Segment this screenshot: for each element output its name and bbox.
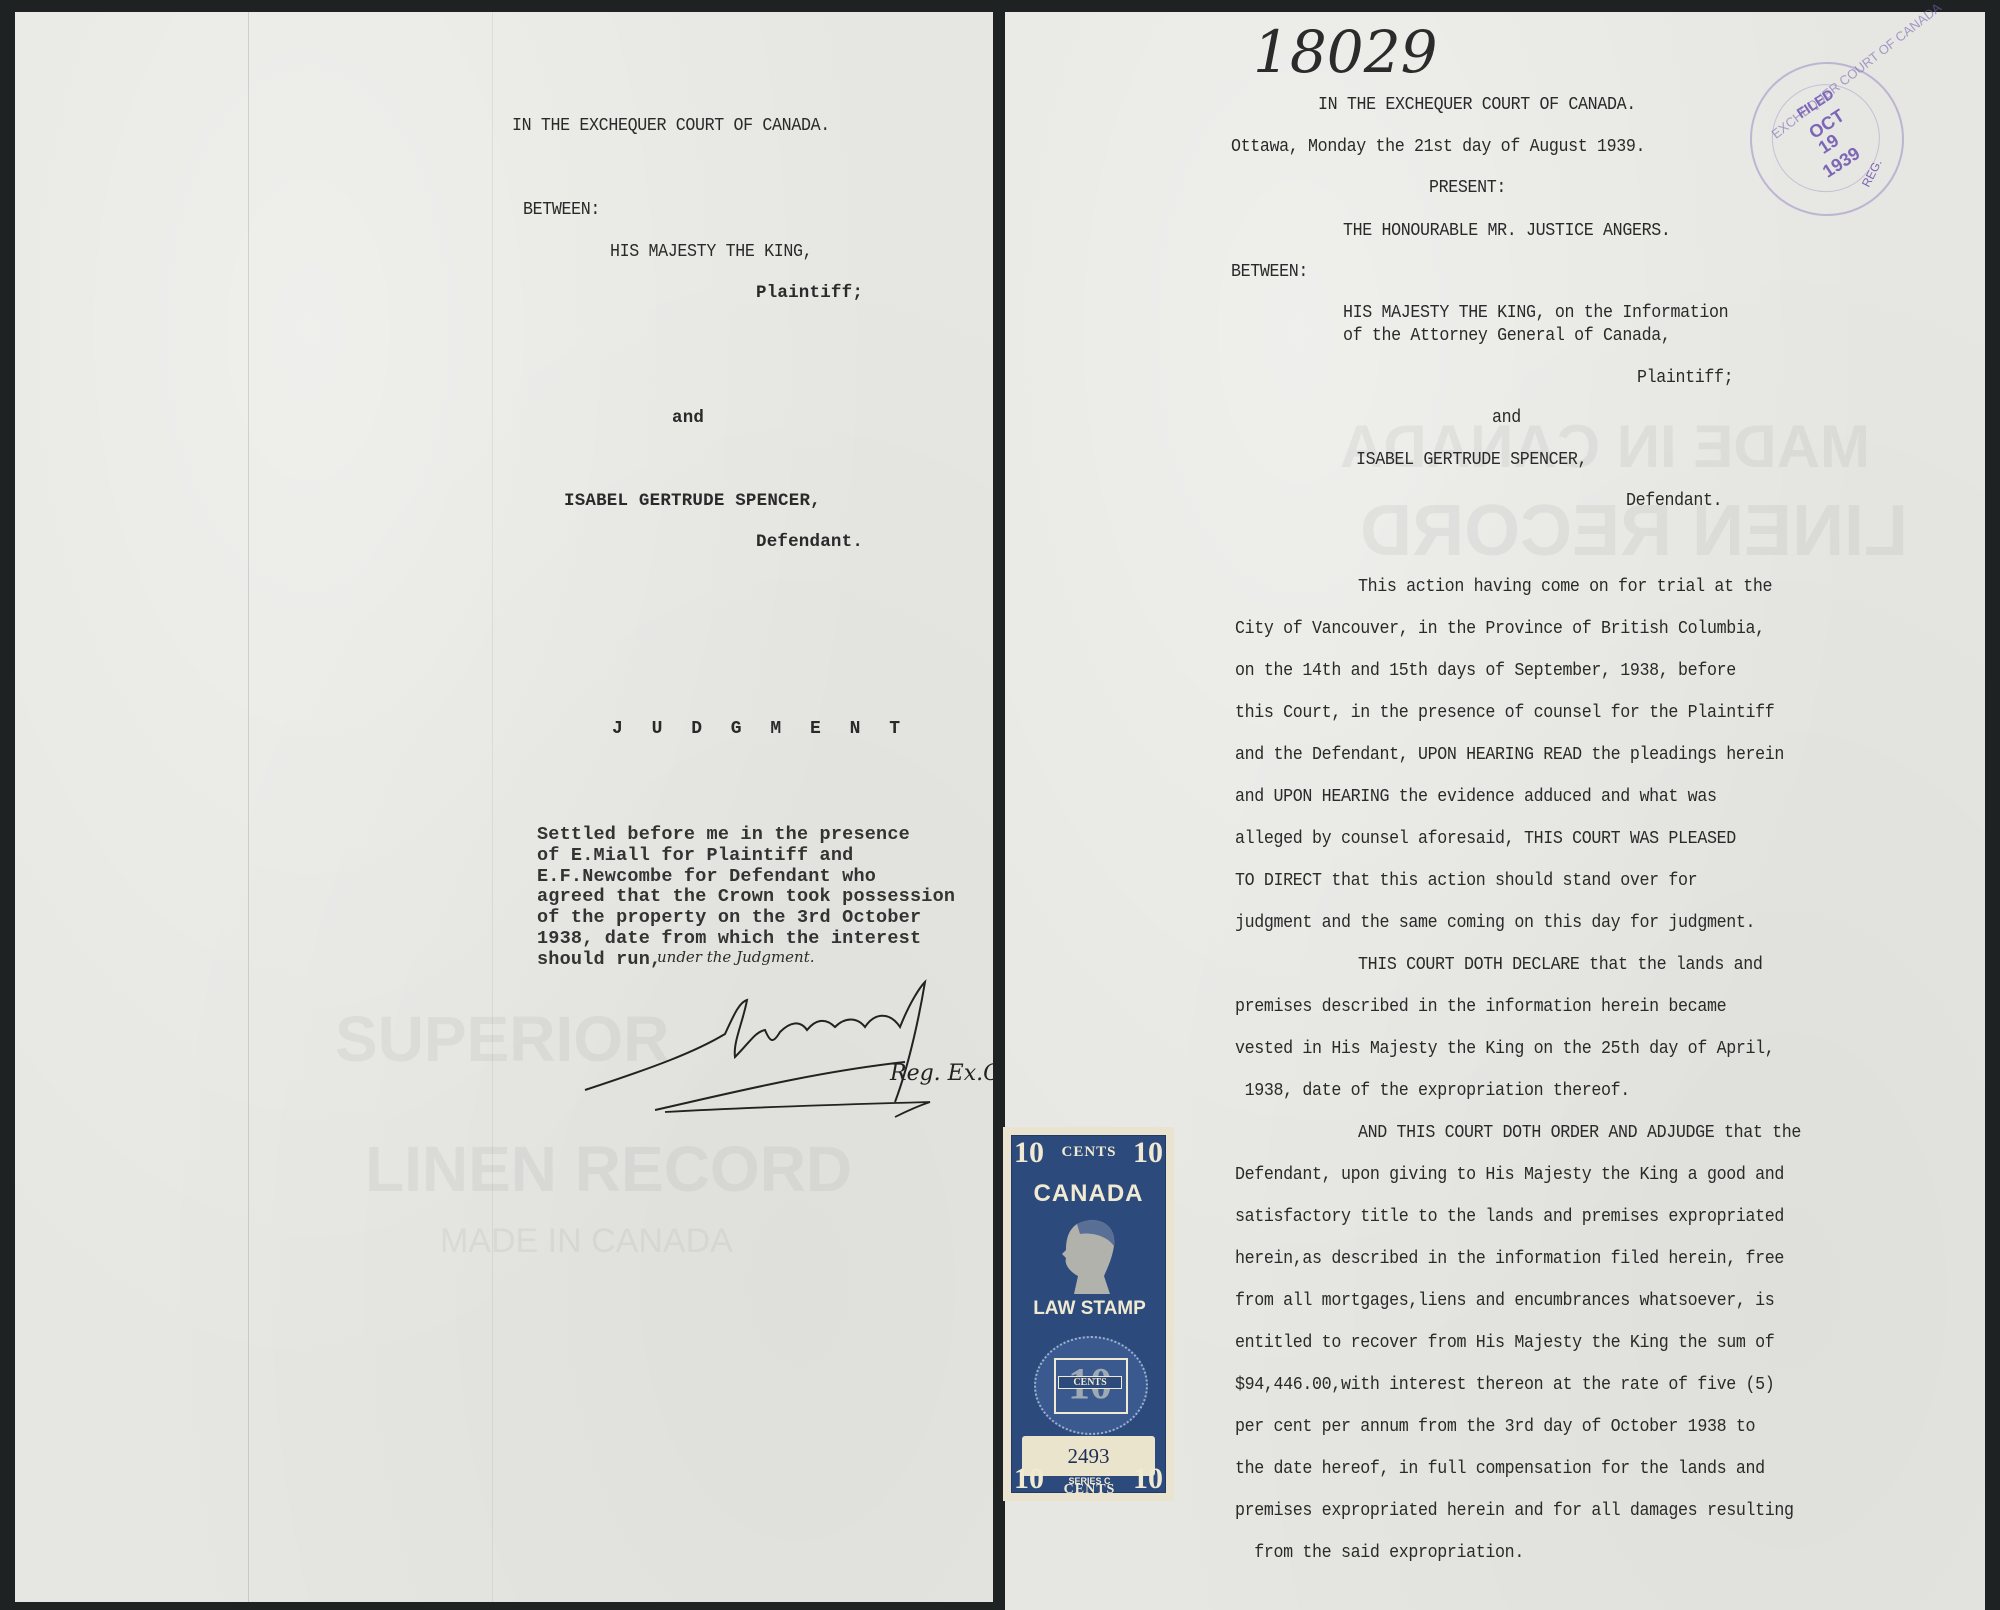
body-line: Defendant, upon giving to His Majesty th… xyxy=(1235,1165,1784,1185)
note-line: agreed that the Crown took possession xyxy=(537,887,955,908)
stamp-country: CANADA xyxy=(1026,1180,1151,1208)
defendant-role: Defendant. xyxy=(1626,491,1722,511)
plaintiff-role: Plaintiff; xyxy=(756,283,863,303)
note-line: E.F.Newcombe for Defendant who xyxy=(537,867,955,888)
note-line: of the property on the 3rd October xyxy=(537,908,955,929)
stamp-title: LAW STAMP xyxy=(1018,1298,1161,1320)
stamp-bottom-right-value: 10 xyxy=(1133,1464,1163,1494)
body-line: AND THIS COURT DOTH ORDER AND ADJUDGE th… xyxy=(1358,1123,1801,1143)
body-line: judgment and the same coming on this day… xyxy=(1235,913,1755,933)
law-stamp-engraving: 10 CENTS 10 CANADA LAW STAMP 10 CENTS 24… xyxy=(1011,1135,1166,1493)
defendant-name: ISABEL GERTRUDE SPENCER, xyxy=(564,491,821,511)
plaintiff-line-2: of the Attorney General of Canada, xyxy=(1343,326,1670,346)
body-line: $94,446.00,with interest thereon at the … xyxy=(1235,1375,1774,1395)
paper-fold-line xyxy=(492,12,493,1602)
body-line: and the Defendant, UPON HEARING READ the… xyxy=(1235,745,1784,765)
stamp-center-label: CENTS xyxy=(1058,1376,1122,1389)
watermark-linen-record: LINEN RECORD xyxy=(365,1132,852,1206)
body-line: from all mortgages,liens and encumbrance… xyxy=(1235,1291,1774,1311)
stamp-bottom-label: CENTS xyxy=(1052,1482,1127,1498)
body-line: premises expropriated herein and for all… xyxy=(1235,1501,1794,1521)
document-title: J U D G M E N T xyxy=(612,719,909,739)
court-heading: IN THE EXCHEQUER COURT OF CANADA. xyxy=(512,116,830,136)
body-line: THIS COURT DOTH DECLARE that the lands a… xyxy=(1358,955,1763,975)
and-label: and xyxy=(1492,408,1521,428)
paper-fold-line xyxy=(248,12,249,1602)
svg-text:Reg. Ex.C.: Reg. Ex.C. xyxy=(889,1061,995,1086)
note-line: of E.Miall for Plaintiff and xyxy=(537,846,955,867)
plaintiff-line-1: HIS MAJESTY THE KING, on the Information xyxy=(1343,303,1728,323)
body-line: alleged by counsel aforesaid, THIS COURT… xyxy=(1235,829,1736,849)
stamp-top-right-value: 10 xyxy=(1133,1138,1163,1168)
law-stamp: 10 CENTS 10 CANADA LAW STAMP 10 CENTS 24… xyxy=(1003,1127,1174,1501)
stamp-top-left-value: 10 xyxy=(1014,1138,1044,1168)
present-label: PRESENT: xyxy=(1429,178,1506,198)
body-line: This action having come on for trial at … xyxy=(1358,577,1772,597)
handwritten-addition: under the Judgment. xyxy=(657,948,815,966)
body-line: City of Vancouver, in the Province of Br… xyxy=(1235,619,1765,639)
body-line: herein,as described in the information f… xyxy=(1235,1249,1784,1269)
body-line: the date hereof, in full compensation fo… xyxy=(1235,1459,1765,1479)
body-line: TO DIRECT that this action should stand … xyxy=(1235,871,1697,891)
body-line: premises described in the information he… xyxy=(1235,997,1726,1017)
judge-name: THE HONOURABLE MR. JUSTICE ANGERS. xyxy=(1343,221,1670,241)
file-number: 18029 xyxy=(1253,18,1438,86)
body-line: this Court, in the presence of counsel f… xyxy=(1235,703,1774,723)
body-line: vested in His Majesty the King on the 25… xyxy=(1235,1039,1774,1059)
settlement-note: Settled before me in the presence of E.M… xyxy=(537,825,955,971)
body-line: on the 14th and 15th days of September, … xyxy=(1235,661,1736,681)
plaintiff-name: HIS MAJESTY THE KING, xyxy=(610,242,812,262)
plaintiff-role: Plaintiff; xyxy=(1637,368,1733,388)
date-line: Ottawa, Monday the 21st day of August 19… xyxy=(1231,137,1645,157)
watermark-made-in-canada-mirrored: MADE IN CANADA xyxy=(1340,412,1870,481)
defendant-role: Defendant. xyxy=(756,532,863,552)
registrar-signature: Reg. Ex.C. xyxy=(575,972,995,1122)
court-heading: IN THE EXCHEQUER COURT OF CANADA. xyxy=(1318,95,1636,115)
between-label: BETWEEN: xyxy=(523,200,600,220)
body-line: per cent per annum from the 3rd day of O… xyxy=(1235,1417,1755,1437)
defendant-name: ISABEL GERTRUDE SPENCER, xyxy=(1356,450,1587,470)
stamp-top-label: CENTS xyxy=(1054,1144,1124,1161)
body-line: and UPON HEARING the evidence adduced an… xyxy=(1235,787,1717,807)
king-portrait-icon xyxy=(1052,1214,1127,1294)
between-label: BETWEEN: xyxy=(1231,262,1308,282)
note-line: should run, xyxy=(537,950,661,971)
body-line: entitled to recover from His Majesty the… xyxy=(1235,1333,1774,1353)
note-line: 1938, date from which the interest xyxy=(537,929,955,950)
and-label: and xyxy=(672,408,704,428)
watermark-made-in-canada: MADE IN CANADA xyxy=(440,1222,733,1261)
body-line: 1938, date of the expropriation thereof. xyxy=(1235,1081,1630,1101)
body-line: satisfactory title to the lands and prem… xyxy=(1235,1207,1784,1227)
stamp-bottom-left-value: 10 xyxy=(1014,1464,1044,1494)
left-page-judgment-cover: SUPERIOR LINEN RECORD MADE IN CANADA IN … xyxy=(15,12,993,1602)
body-line: from the said expropriation. xyxy=(1235,1543,1524,1563)
note-line: Settled before me in the presence xyxy=(537,825,955,846)
